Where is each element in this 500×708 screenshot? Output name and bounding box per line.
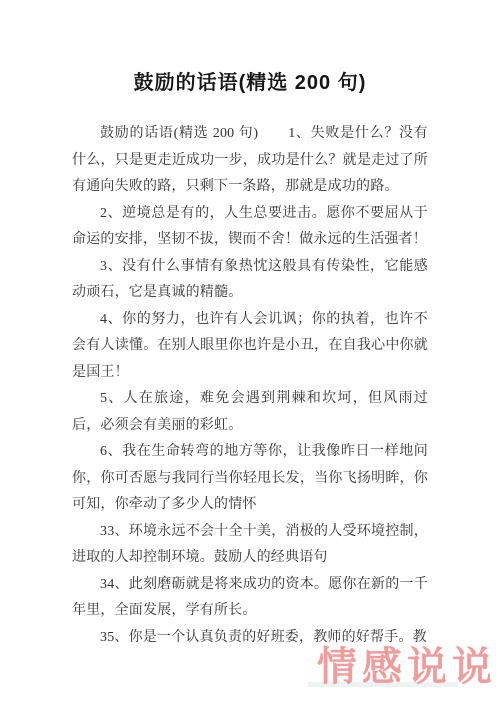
paragraph: 33、环境永远不会十全十美，消极的人受环境控制，进取的人却控制环境。鼓励人的经典…: [72, 519, 428, 572]
paragraph: 鼓励的话语(精选 200 句) 1、失败是什么？没有什么，只是更走近成功一步，成…: [72, 121, 428, 201]
paragraph: 34、此刻磨砺就是将来成功的资本。愿你在新的一千年里，全面发展，学有所长。: [72, 572, 428, 625]
paragraph: 6、我在生命转弯的地方等你，让我像昨日一样地问你，你可否愿与我同行当你轻甩长发，…: [72, 439, 428, 519]
watermark: 情感说说: [317, 647, 497, 687]
document-title: 鼓励的话语(精选 200 句): [0, 70, 500, 96]
document-page: 鼓励的话语(精选 200 句) 鼓励的话语(精选 200 句) 1、失败是什么？…: [0, 0, 500, 708]
paragraph: 4、你的努力，也许有人会讥讽；你的执着，也许不会有人读懂。在别人眼里你也许是小丑…: [72, 307, 428, 387]
paragraph: 2、逆境总是有的，人生总要进击。愿你不要屈从于命运的安排，坚韧不拔，锲而不舍！做…: [72, 201, 428, 254]
paragraph: 3、没有什么事情有象热忱这般具有传染性，它能感动顽石，它是真诚的精髓。: [72, 254, 428, 307]
paragraph: 5、人在旅途，难免会遇到荆棘和坎坷，但风雨过后，必须会有美丽的彩虹。: [72, 386, 428, 439]
document-body: 鼓励的话语(精选 200 句) 1、失败是什么？没有什么，只是更走近成功一步，成…: [72, 121, 428, 651]
